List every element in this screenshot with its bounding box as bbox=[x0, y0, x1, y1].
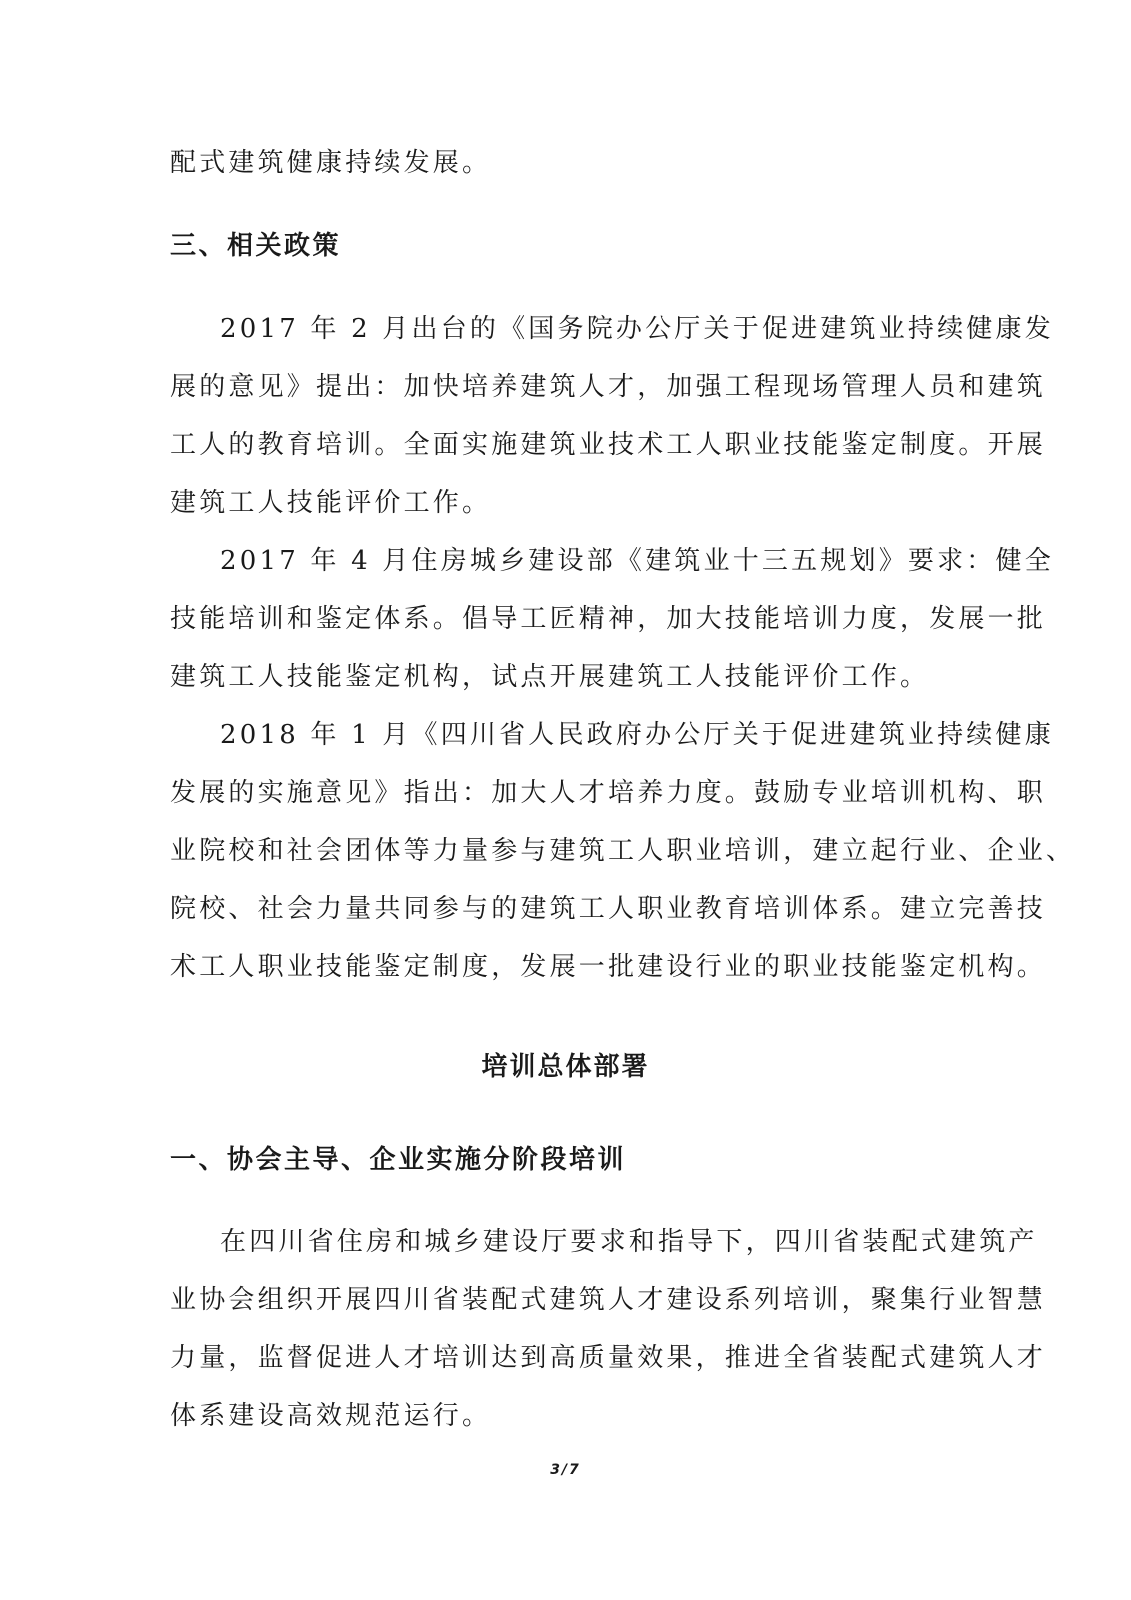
continuation-text: 配式建筑健康持续发展。 bbox=[170, 146, 950, 180]
paragraph-line: 发展的实施意见》指出：加大人才培养力度。鼓励专业培训机构、职 bbox=[170, 776, 950, 810]
paragraph-line: 业协会组织开展四川省装配式建筑人才建设系列培训，聚集行业智慧 bbox=[170, 1283, 950, 1317]
paragraph-line: 2017 年 4 月住房城乡建设部《建筑业十三五规划》要求：健全 bbox=[220, 544, 1000, 578]
section-heading-policies: 三、相关政策 bbox=[170, 229, 950, 263]
training-deployment-title: 培训总体部署 bbox=[0, 1046, 1131, 1083]
paragraph-line: 术工人职业技能鉴定制度，发展一批建设行业的职业技能鉴定机构。 bbox=[170, 950, 950, 984]
paragraph-line: 建筑工人技能鉴定机构，试点开展建筑工人技能评价工作。 bbox=[170, 660, 950, 694]
paragraph-line: 技能培训和鉴定体系。倡导工匠精神，加大技能培训力度，发展一批 bbox=[170, 602, 950, 636]
paragraph-line: 院校、社会力量共同参与的建筑工人职业教育培训体系。建立完善技 bbox=[170, 892, 950, 926]
paragraph-line: 在四川省住房和城乡建设厅要求和指导下，四川省装配式建筑产 bbox=[220, 1225, 1000, 1259]
paragraph-line: 2017 年 2 月出台的《国务院办公厅关于促进建筑业持续健康发 bbox=[220, 312, 1000, 346]
paragraph-line: 建筑工人技能评价工作。 bbox=[170, 486, 950, 520]
paragraph-line: 体系建设高效规范运行。 bbox=[170, 1399, 950, 1433]
paragraph-line: 工人的教育培训。全面实施建筑业技术工人职业技能鉴定制度。开展 bbox=[170, 428, 950, 462]
paragraph-line: 2018 年 1 月《四川省人民政府办公厅关于促进建筑业持续健康 bbox=[220, 718, 1000, 752]
paragraph-line: 展的意见》提出：加快培养建筑人才，加强工程现场管理人员和建筑 bbox=[170, 370, 950, 404]
page-number: 3/7 bbox=[0, 1462, 1131, 1478]
paragraph-line: 业院校和社会团体等力量参与建筑工人职业培训，建立起行业、企业、 bbox=[170, 834, 950, 868]
document-page: 配式建筑健康持续发展。 三、相关政策 2017 年 2 月出台的《国务院办公厅关… bbox=[0, 0, 1131, 1600]
section-heading-association-led: 一、协会主导、企业实施分阶段培训 bbox=[170, 1143, 950, 1177]
paragraph-line: 力量，监督促进人才培训达到高质量效果，推进全省装配式建筑人才 bbox=[170, 1341, 950, 1375]
